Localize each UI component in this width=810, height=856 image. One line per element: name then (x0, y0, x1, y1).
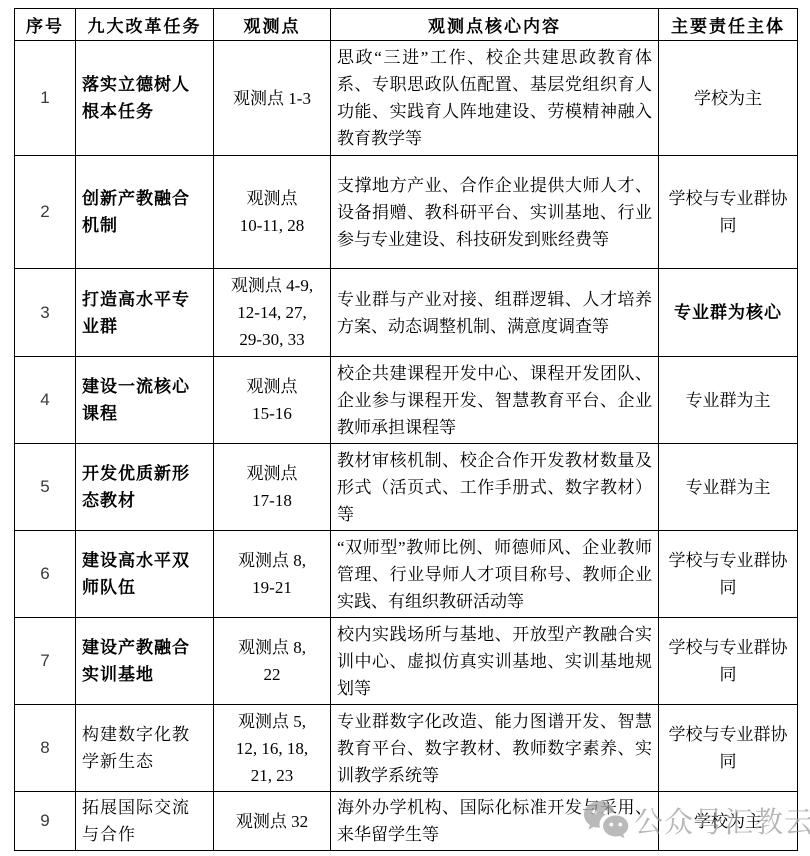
content-cell: 海外办学机构、国际化标准开发与采用、来华留学生等 (331, 792, 659, 851)
row-number-cell: 3 (15, 269, 76, 357)
table-row: 5 开发优质新形态教材 观测点 17-18 教材审核机制、校企合作开发教材数量及… (15, 444, 798, 531)
owner-cell: 学校与专业群协同 (659, 705, 798, 792)
task-cell: 落实立德树人根本任务 (76, 41, 214, 156)
task-cell: 创新产教融合机制 (76, 156, 214, 269)
task-cell: 打造高水平专业群 (76, 269, 214, 357)
task-cell: 开发优质新形态教材 (76, 444, 214, 531)
owner-cell: 学校为主 (659, 792, 798, 851)
task-cell: 构建数字化教学新生态 (76, 705, 214, 792)
table-row: 2 创新产教融合机制 观测点 10-11, 28 支撑地方产业、合作企业提供大师… (15, 156, 798, 269)
task-cell: 建设高水平双师队伍 (76, 531, 214, 618)
content-cell: “双师型”教师比例、师德师风、企业教师管理、行业导师人才项目称号、教师企业实践、… (331, 531, 659, 618)
col-header-owner: 主要责任主体 (659, 9, 798, 41)
owner-cell: 专业群为主 (659, 357, 798, 444)
content-cell: 专业群数字化改造、能力图谱开发、智慧教育平台、数字教材、教师数字素养、实训教学系… (331, 705, 659, 792)
row-number-cell: 8 (15, 705, 76, 792)
content-cell: 思政“三进”工作、校企共建思政教育体系、专职思政队伍配置、基层党组织育人功能、实… (331, 41, 659, 156)
table-row: 4 建设一流核心课程 观测点 15-16 校企共建课程开发中心、课程开发团队、企… (15, 357, 798, 444)
col-header-task: 九大改革任务 (76, 9, 214, 41)
owner-cell: 学校与专业群协同 (659, 531, 798, 618)
row-number-cell: 1 (15, 41, 76, 156)
table-row: 7 建设产教融合实训基地 观测点 8, 22 校内实践场所与基地、开放型产教融合… (15, 618, 798, 705)
col-header-no: 序号 (15, 9, 76, 41)
owner-cell: 学校与专业群协同 (659, 156, 798, 269)
points-cell: 观测点 15-16 (214, 357, 331, 444)
row-number-cell: 9 (15, 792, 76, 851)
row-number-cell: 7 (15, 618, 76, 705)
points-cell: 观测点 5, 12, 16, 18, 21, 23 (214, 705, 331, 792)
header-row: 序号 九大改革任务 观测点 观测点核心内容 主要责任主体 (15, 9, 798, 41)
owner-cell: 专业群为主 (659, 444, 798, 531)
row-number-cell: 6 (15, 531, 76, 618)
points-cell: 观测点 32 (214, 792, 331, 851)
points-cell: 观测点 10-11, 28 (214, 156, 331, 269)
table-row: 8 构建数字化教学新生态 观测点 5, 12, 16, 18, 21, 23 专… (15, 705, 798, 792)
task-cell: 建设一流核心课程 (76, 357, 214, 444)
content-cell: 校企共建课程开发中心、课程开发团队、企业参与课程开发、智慧教育平台、企业教师承担… (331, 357, 659, 444)
reform-tasks-table: 序号 九大改革任务 观测点 观测点核心内容 主要责任主体 1 落实立德树人根本任… (14, 8, 798, 851)
content-cell: 校内实践场所与基地、开放型产教融合实训中心、虚拟仿真实训基地、实训基地规划等 (331, 618, 659, 705)
col-header-points: 观测点 (214, 9, 331, 41)
task-cell: 拓展国际交流与合作 (76, 792, 214, 851)
row-number-cell: 2 (15, 156, 76, 269)
points-cell: 观测点 1-3 (214, 41, 331, 156)
task-cell: 建设产教融合实训基地 (76, 618, 214, 705)
table-row: 3 打造高水平专业群 观测点 4-9, 12-14, 27, 29-30, 33… (15, 269, 798, 357)
reform-tasks-table-wrap: 序号 九大改革任务 观测点 观测点核心内容 主要责任主体 1 落实立德树人根本任… (14, 8, 798, 851)
owner-cell: 学校为主 (659, 41, 798, 156)
points-cell: 观测点 8, 19-21 (214, 531, 331, 618)
row-number-cell: 5 (15, 444, 76, 531)
row-number-cell: 4 (15, 357, 76, 444)
content-cell: 专业群与产业对接、组群逻辑、人才培养方案、动态调整机制、满意度调查等 (331, 269, 659, 357)
col-header-content: 观测点核心内容 (331, 9, 659, 41)
table-row: 1 落实立德树人根本任务 观测点 1-3 思政“三进”工作、校企共建思政教育体系… (15, 41, 798, 156)
table-row: 9 拓展国际交流与合作 观测点 32 海外办学机构、国际化标准开发与采用、来华留… (15, 792, 798, 851)
owner-cell: 学校与专业群协同 (659, 618, 798, 705)
points-cell: 观测点 17-18 (214, 444, 331, 531)
content-cell: 教材审核机制、校企合作开发教材数量及形式（活页式、工作手册式、数字教材）等 (331, 444, 659, 531)
table-row: 6 建设高水平双师队伍 观测点 8, 19-21 “双师型”教师比例、师德师风、… (15, 531, 798, 618)
points-cell: 观测点 4-9, 12-14, 27, 29-30, 33 (214, 269, 331, 357)
owner-cell: 专业群为核心 (659, 269, 798, 357)
content-cell: 支撑地方产业、合作企业提供大师人才、设备捐赠、教科研平台、实训基地、行业参与专业… (331, 156, 659, 269)
points-cell: 观测点 8, 22 (214, 618, 331, 705)
